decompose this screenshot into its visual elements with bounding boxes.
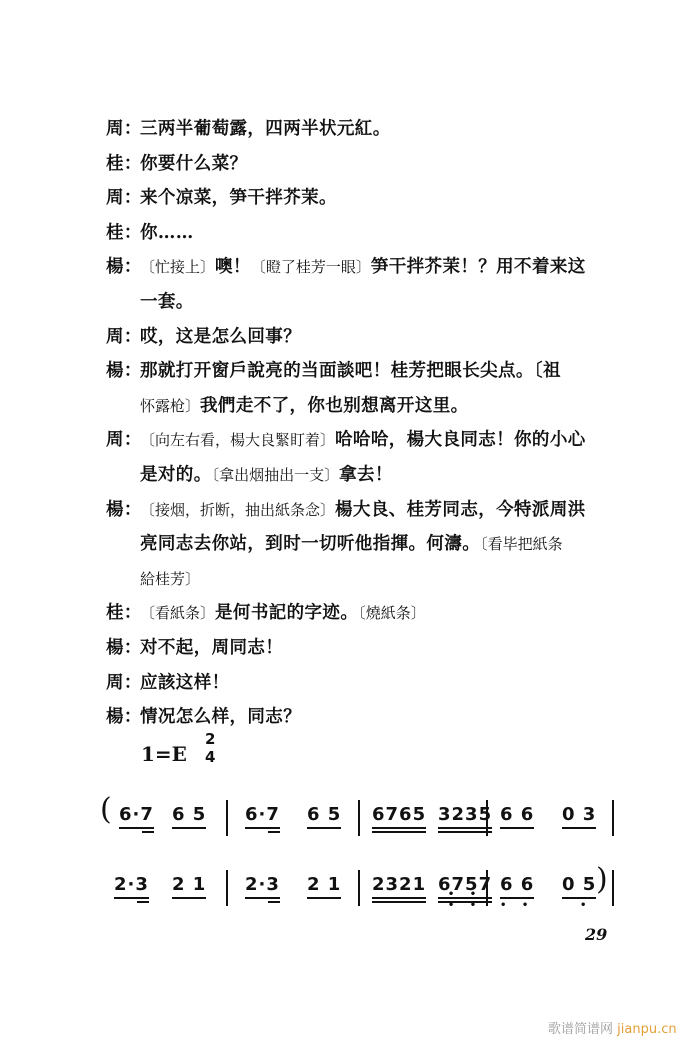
stage-direction: 〔接烟，折断，抽出紙条念〕 [140, 501, 335, 519]
speaker: 楊： [106, 493, 140, 528]
dialogue-line: 桂：你…… [106, 216, 646, 251]
speech: 是何书記的字迹。 [215, 603, 358, 623]
stage-direction: 〔燒紙条〕 [358, 604, 426, 622]
speaker: 楊： [106, 631, 140, 666]
stage-direction: 〔瞪了桂芳一眼〕 [251, 258, 371, 276]
speaker: 桂： [106, 216, 140, 251]
barline [358, 870, 360, 906]
barline [612, 870, 614, 906]
note-group: 6·7 [245, 804, 280, 825]
barline [226, 870, 228, 906]
line-text: 〔接烟，折断，抽出紙条念〕楊大良、桂芳同志，今特派周洪亮同志去你站，到时一切听他… [140, 493, 646, 597]
open-paren: ( [100, 792, 112, 827]
key-label: 1=E [141, 742, 187, 766]
line-text: 应該这样！ [140, 666, 646, 701]
line-text: 〔忙接上〕噢！〔瞪了桂芳一眼〕笋干拌芥茉！？用不着来这一套。 [140, 250, 646, 319]
dialogue-line: 周：三两半葡萄露，四两半状元紅。 [106, 112, 646, 147]
note-group: 6765 [372, 804, 426, 825]
note-group: 2 1 [307, 874, 341, 895]
speech: 是对的。 [140, 465, 212, 485]
line-text: 来个凉菜，笋干拌芥茉。 [140, 181, 646, 216]
page-number: 29 [585, 925, 607, 944]
barline [486, 870, 488, 906]
note-group: 6 6 [500, 804, 534, 825]
dialogue-line: 周：哎，这是怎么回事？ [106, 320, 646, 355]
speech: 楊大良、桂芳同志，今特派周洪 [335, 500, 586, 520]
speaker: 周： [106, 181, 140, 216]
dialogue-line: 楊：〔忙接上〕噢！〔瞪了桂芳一眼〕笋干拌芥茉！？用不着来这一套。 [106, 250, 646, 319]
dialogue-line: 桂：你要什么菜？ [106, 147, 646, 182]
note-group: 6 5 [172, 804, 206, 825]
line-text: 〔看紙条〕是何书記的字迹。〔燒紙条〕 [140, 596, 646, 631]
speaker: 周： [106, 320, 140, 355]
stage-direction: 〔向左右看，楊大良緊盯着〕 [140, 431, 335, 449]
note-group: 2 1 [172, 874, 206, 895]
time-top: 2 [205, 730, 215, 748]
time-signature: 2 4 [205, 730, 215, 766]
speech: 亮同志去你站，到时一切听他指揮。何濤。 [140, 534, 480, 554]
line-text: 情况怎么样，同志？ [140, 700, 646, 735]
note-group: 6 5 [307, 804, 341, 825]
note-group: 6 6• • [500, 874, 534, 895]
line-text: 你…… [140, 216, 646, 251]
score-row-1: ( 6·7 6 5 6·7 6 5 6765 3235 6 6 0 3 [100, 800, 620, 840]
line-text: 哎，这是怎么回事？ [140, 320, 646, 355]
note-group: 2·3 [114, 874, 149, 895]
stage-direction: 〔拿出烟抽出一支〕 [212, 466, 340, 484]
dialogue-line: 楊：对不起，周同志！ [106, 631, 646, 666]
low-octave-dots: • • [500, 900, 534, 911]
watermark: 歌谱简谱网 jianpu.cn [548, 1018, 677, 1037]
score-row-2: 2·3 2 1 2·3 2 1 2321 6757• • • • 6 6• • … [100, 870, 620, 910]
close-paren: ) [596, 862, 608, 897]
dialogue-line: 周：来个凉菜，笋干拌芥茉。 [106, 181, 646, 216]
stage-direction: 〔看紙条〕 [140, 604, 215, 622]
speech: 我們走不了，你也别想离开这里。 [200, 396, 469, 416]
low-octave-dots: • • • • [438, 889, 492, 911]
speaker: 周： [106, 423, 140, 458]
speaker: 楊： [106, 700, 140, 735]
speaker: 楊： [106, 354, 140, 389]
dialogue-line: 周：应該这样！ [106, 666, 646, 701]
speaker: 周： [106, 666, 140, 701]
note-group: 2·3 [245, 874, 280, 895]
stage-direction: 〔看毕把紙条 [480, 535, 563, 553]
speech: 哈哈哈，楊大良同志！你的小心 [335, 430, 586, 450]
line-text: 对不起，周同志！ [140, 631, 646, 666]
speaker: 桂： [106, 596, 140, 631]
speech: 噢！ [215, 257, 251, 277]
speaker: 楊： [106, 250, 140, 285]
dialogue-line: 楊：情况怎么样，同志？ [106, 700, 646, 735]
time-bottom: 4 [205, 748, 215, 766]
line-text: 三两半葡萄露，四两半状元紅。 [140, 112, 646, 147]
note-group: 6·7 [119, 804, 154, 825]
line-text: 那就打开窗戶說亮的当面談吧！桂芳把眼长尖点。〔祖怀露枪〕我們走不了，你也别想离开… [140, 354, 646, 423]
barline [226, 800, 228, 836]
dialogue-line: 桂：〔看紙条〕是何书記的字迹。〔燒紙条〕 [106, 596, 646, 631]
key-signature: 1=E 2 4 [141, 742, 187, 766]
watermark-cn: 歌谱简谱网 [548, 1022, 613, 1037]
note-group: 6757• • • • [438, 874, 492, 895]
note-group: 2321 [372, 874, 426, 895]
speech: 笋干拌芥茉！？用不着来这 [371, 257, 586, 277]
dialogue-line: 周：〔向左右看，楊大良緊盯着〕哈哈哈，楊大良同志！你的小心是对的。〔拿出烟抽出一… [106, 423, 646, 492]
speech: 一套。 [140, 292, 194, 312]
note-group: 0 5• [562, 874, 596, 895]
dialogue-line: 楊：〔接烟，折断，抽出紙条念〕楊大良、桂芳同志，今特派周洪亮同志去你站，到时一切… [106, 493, 646, 597]
stage-direction: 〔忙接上〕 [140, 258, 215, 276]
line-text: 你要什么菜？ [140, 147, 646, 182]
note-group: 3235 [438, 804, 492, 825]
barline [486, 800, 488, 836]
speaker: 桂： [106, 147, 140, 182]
low-octave-dots: • [576, 900, 596, 911]
dialogue-line: 楊：那就打开窗戶說亮的当面談吧！桂芳把眼长尖点。〔祖怀露枪〕我們走不了，你也别想… [106, 354, 646, 423]
barline [612, 800, 614, 836]
barline [358, 800, 360, 836]
speech: 那就打开窗戶說亮的当面談吧！桂芳把眼长尖点。〔祖 [140, 361, 561, 381]
stage-direction: 怀露枪〕 [140, 397, 200, 415]
stage-direction: 給桂芳〕 [140, 570, 200, 588]
speech: 拿去！ [339, 465, 393, 485]
speaker: 周： [106, 112, 140, 147]
dialogue-script: 周：三两半葡萄露，四两半状元紅。 桂：你要什么菜？ 周：来个凉菜，笋干拌芥茉。 … [106, 112, 646, 735]
watermark-url: jianpu.cn [617, 1022, 676, 1037]
note-group: 0 3 [562, 804, 596, 825]
line-text: 〔向左右看，楊大良緊盯着〕哈哈哈，楊大良同志！你的小心是对的。〔拿出烟抽出一支〕… [140, 423, 646, 492]
